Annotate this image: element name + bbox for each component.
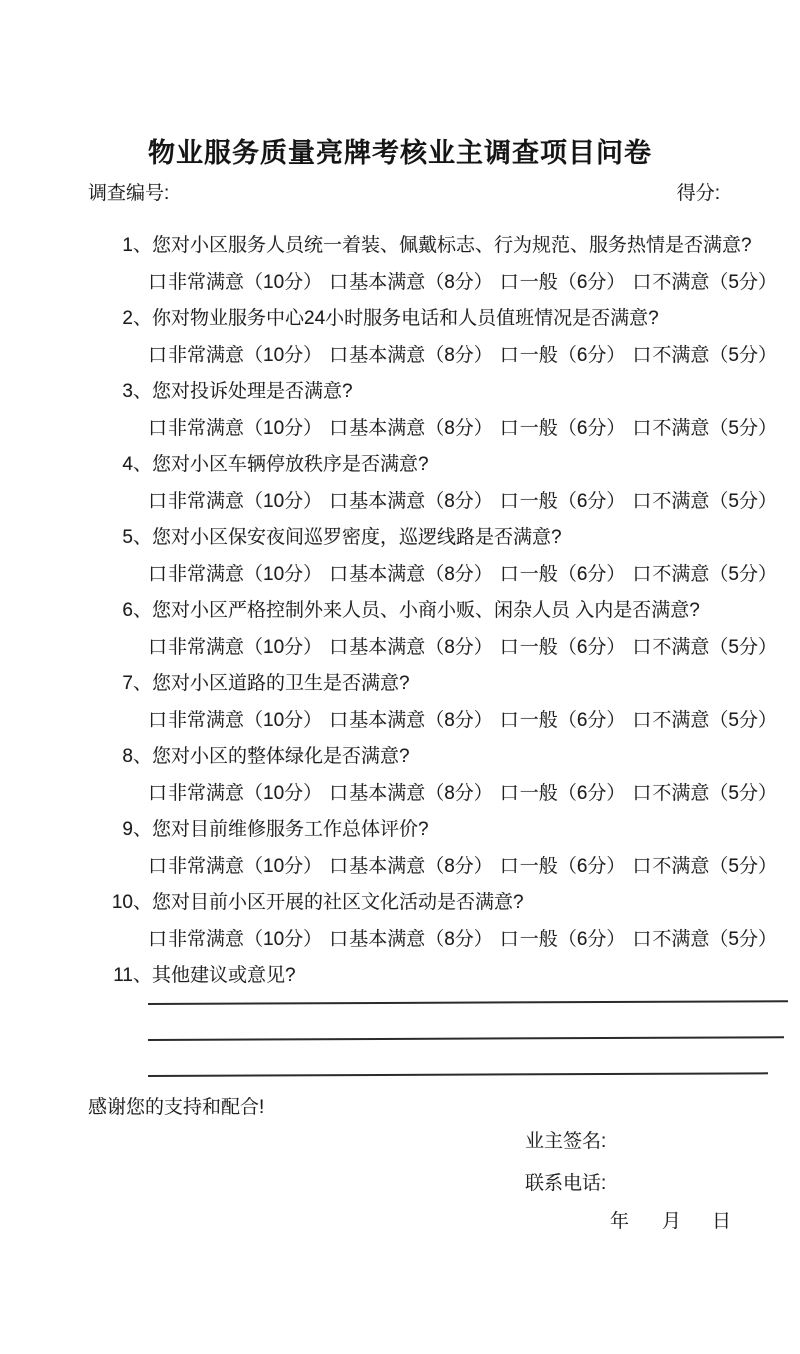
- option-score: （5分）: [709, 491, 777, 512]
- option-score: （6分）: [558, 856, 626, 877]
- checkbox-glyph: 口: [500, 710, 519, 731]
- checkbox-glyph: 口: [148, 418, 167, 439]
- option-label: 一般: [520, 637, 558, 658]
- option: 口基本满意（8分）: [329, 924, 493, 951]
- option: 口基本满意（8分）: [329, 851, 493, 878]
- option-label: 不满意: [652, 345, 709, 366]
- options-line: 口非常满意（10分）口基本满意（8分）口一般（6分）口不满意（5分）: [0, 700, 800, 736]
- question-text: 您对小区车辆停放秩序是否满意?: [152, 449, 429, 476]
- option: 口非常满意（10分）: [148, 413, 322, 440]
- checkbox-glyph: 口: [632, 418, 651, 439]
- option-label: 基本满意: [349, 856, 425, 877]
- option: 口不满意（5分）: [632, 267, 777, 294]
- option-label: 一般: [520, 710, 558, 731]
- option-score: （10分）: [244, 564, 322, 585]
- checkbox-glyph: 口: [500, 418, 519, 439]
- option-score: （10分）: [244, 345, 322, 366]
- options-line: 口非常满意（10分）口基本满意（8分）口一般（6分）口不满意（5分）: [0, 408, 800, 444]
- question-block: 1、 您对小区服务人员统一着装、佩戴标志、行为规范、服务热情是否满意? 口非常满…: [0, 225, 800, 298]
- options-line: 口非常满意（10分）口基本满意（8分）口一般（6分）口不满意（5分）: [0, 554, 800, 590]
- option-score: （6分）: [558, 345, 626, 366]
- question-block: 7、 您对小区道路的卫生是否满意? 口非常满意（10分）口基本满意（8分）口一般…: [0, 663, 800, 736]
- option: 口不满意（5分）: [632, 705, 777, 732]
- checkbox-glyph: 口: [632, 491, 651, 512]
- option-label: 基本满意: [349, 783, 425, 804]
- option: 口不满意（5分）: [632, 632, 777, 659]
- question-block: 5、 您对小区保安夜间巡罗密度，巡逻线路是否满意? 口非常满意（10分）口基本满…: [0, 517, 800, 590]
- option-score: （6分）: [558, 637, 626, 658]
- question-text: 您对小区保安夜间巡罗密度，巡逻线路是否满意?: [152, 522, 562, 549]
- question-number: 10、: [110, 887, 152, 914]
- checkbox-glyph: 口: [500, 929, 519, 950]
- option-label: 基本满意: [349, 418, 425, 439]
- question-text: 其他建议或意见?: [152, 960, 296, 987]
- option-score: （8分）: [425, 637, 493, 658]
- checkbox-glyph: 口: [632, 564, 651, 585]
- option-score: （6分）: [558, 564, 626, 585]
- option-label: 基本满意: [349, 637, 425, 658]
- option: 口基本满意（8分）: [329, 486, 493, 513]
- option-score: （6分）: [558, 783, 626, 804]
- option-label: 不满意: [652, 710, 709, 731]
- header-row: 调查编号: 得分:: [0, 169, 800, 205]
- question-text: 您对小区服务人员统一着装、佩戴标志、行为规范、服务热情是否满意?: [152, 230, 752, 257]
- option: 口一般（6分）: [500, 851, 626, 878]
- option-score: （8分）: [425, 564, 493, 585]
- document-title: 物业服务质量亮牌考核业主调查项目问卷: [0, 137, 800, 169]
- question-number: 9、: [110, 814, 152, 841]
- option-score: （6分）: [558, 272, 626, 293]
- option-label: 非常满意: [168, 929, 244, 950]
- option-score: （6分）: [558, 929, 626, 950]
- option-label: 一般: [520, 491, 558, 512]
- checkbox-glyph: 口: [632, 345, 651, 366]
- option-label: 不满意: [652, 856, 709, 877]
- option: 口非常满意（10分）: [148, 632, 322, 659]
- option: 口不满意（5分）: [632, 559, 777, 586]
- option-label: 非常满意: [168, 345, 244, 366]
- question-text: 您对目前小区开展的社区文化活动是否满意?: [152, 887, 524, 914]
- question-line: 7、 您对小区道路的卫生是否满意?: [0, 663, 800, 700]
- checkbox-glyph: 口: [148, 783, 167, 804]
- option-score: （8分）: [425, 856, 493, 877]
- question-block: 11、 其他建议或意见?: [0, 955, 800, 992]
- option-label: 一般: [520, 272, 558, 293]
- option-score: （5分）: [709, 272, 777, 293]
- option: 口不满意（5分）: [632, 486, 777, 513]
- owner-signature-label: 业主签名:: [0, 1131, 800, 1153]
- question-number: 2、: [110, 303, 152, 330]
- option-score: （5分）: [709, 710, 777, 731]
- option: 口一般（6分）: [500, 924, 626, 951]
- thanks-note: 感谢您的支持和配合!: [0, 1097, 800, 1119]
- option-score: （6分）: [558, 491, 626, 512]
- options-line: 口非常满意（10分）口基本满意（8分）口一般（6分）口不满意（5分）: [0, 846, 800, 882]
- options-line: 口非常满意（10分）口基本满意（8分）口一般（6分）口不满意（5分）: [0, 481, 800, 517]
- option: 口基本满意（8分）: [329, 632, 493, 659]
- option-label: 基本满意: [349, 929, 425, 950]
- option-label: 不满意: [652, 564, 709, 585]
- option: 口非常满意（10分）: [148, 267, 322, 294]
- checkbox-glyph: 口: [632, 783, 651, 804]
- checkbox-glyph: 口: [632, 929, 651, 950]
- option-score: （5分）: [709, 637, 777, 658]
- option: 口一般（6分）: [500, 340, 626, 367]
- option: 口一般（6分）: [500, 267, 626, 294]
- option-score: （8分）: [425, 710, 493, 731]
- option: 口非常满意（10分）: [148, 705, 322, 732]
- option: 口不满意（5分）: [632, 924, 777, 951]
- question-line: 1、 您对小区服务人员统一着装、佩戴标志、行为规范、服务热情是否满意?: [0, 225, 800, 262]
- checkbox-glyph: 口: [500, 564, 519, 585]
- question-line: 4、 您对小区车辆停放秩序是否满意?: [0, 444, 800, 481]
- question-text: 您对投诉处理是否满意?: [152, 376, 353, 403]
- option-score: （6分）: [558, 418, 626, 439]
- contact-phone-label: 联系电话:: [0, 1173, 800, 1195]
- checkbox-glyph: 口: [632, 856, 651, 877]
- question-number: 8、: [110, 741, 152, 768]
- checkbox-glyph: 口: [329, 345, 348, 366]
- option-label: 非常满意: [168, 491, 244, 512]
- option: 口基本满意（8分）: [329, 559, 493, 586]
- option-score: （10分）: [244, 710, 322, 731]
- option-label: 一般: [520, 564, 558, 585]
- question-number: 1、: [110, 230, 152, 257]
- options-line: 口非常满意（10分）口基本满意（8分）口一般（6分）口不满意（5分）: [0, 335, 800, 371]
- question-line: 3、 您对投诉处理是否满意?: [0, 371, 800, 408]
- option: 口基本满意（8分）: [329, 340, 493, 367]
- question-text: 您对小区严格控制外来人员、小商小贩、闲杂人员 入内是否满意?: [152, 595, 700, 622]
- option-score: （8分）: [425, 929, 493, 950]
- option-label: 非常满意: [168, 418, 244, 439]
- option: 口基本满意（8分）: [329, 778, 493, 805]
- option: 口一般（6分）: [500, 413, 626, 440]
- option-label: 不满意: [652, 491, 709, 512]
- option-label: 不满意: [652, 783, 709, 804]
- checkbox-glyph: 口: [329, 637, 348, 658]
- options-line: 口非常满意（10分）口基本满意（8分）口一般（6分）口不满意（5分）: [0, 773, 800, 809]
- option-score: （10分）: [244, 783, 322, 804]
- option: 口非常满意（10分）: [148, 340, 322, 367]
- option: 口一般（6分）: [500, 559, 626, 586]
- checkbox-glyph: 口: [148, 272, 167, 293]
- option: 口不满意（5分）: [632, 851, 777, 878]
- option: 口基本满意（8分）: [329, 267, 493, 294]
- date-label: 月: [662, 1211, 681, 1233]
- checkbox-glyph: 口: [148, 491, 167, 512]
- question-number: 3、: [110, 376, 152, 403]
- option-label: 不满意: [652, 272, 709, 293]
- option-score: （10分）: [244, 929, 322, 950]
- score-label: 得分:: [677, 183, 720, 205]
- option: 口非常满意（10分）: [148, 851, 322, 878]
- checkbox-glyph: 口: [329, 783, 348, 804]
- answer-lines: [0, 992, 800, 1077]
- checkbox-glyph: 口: [500, 637, 519, 658]
- question-number: 5、: [110, 522, 152, 549]
- question-line: 11、 其他建议或意见?: [0, 955, 800, 992]
- option-label: 一般: [520, 418, 558, 439]
- signature-block: 业主签名: 联系电话: 年月日: [0, 1131, 800, 1233]
- question-text: 你对物业服务中心24小时服务电话和人员值班情况是否满意?: [152, 303, 659, 330]
- checkbox-glyph: 口: [329, 272, 348, 293]
- options-line: 口非常满意（10分）口基本满意（8分）口一般（6分）口不满意（5分）: [0, 262, 800, 298]
- date-line: 年月日: [0, 1211, 800, 1233]
- date-label: 年: [610, 1211, 629, 1233]
- checkbox-glyph: 口: [148, 564, 167, 585]
- checkbox-glyph: 口: [148, 710, 167, 731]
- option-label: 不满意: [652, 637, 709, 658]
- option: 口非常满意（10分）: [148, 559, 322, 586]
- checkbox-glyph: 口: [329, 418, 348, 439]
- question-block: 3、 您对投诉处理是否满意? 口非常满意（10分）口基本满意（8分）口一般（6分…: [0, 371, 800, 444]
- option-score: （10分）: [244, 272, 322, 293]
- checkbox-glyph: 口: [500, 856, 519, 877]
- question-block: 9、 您对目前维修服务工作总体评价? 口非常满意（10分）口基本满意（8分）口一…: [0, 809, 800, 882]
- option-score: （10分）: [244, 491, 322, 512]
- option-label: 一般: [520, 345, 558, 366]
- question-list: 1、 您对小区服务人员统一着装、佩戴标志、行为规范、服务热情是否满意? 口非常满…: [0, 225, 800, 992]
- question-number: 11、: [110, 960, 152, 987]
- checkbox-glyph: 口: [500, 783, 519, 804]
- scanned-questionnaire-page: 物业服务质量亮牌考核业主调查项目问卷 调查编号: 得分: 1、 您对小区服务人员…: [0, 0, 800, 1354]
- checkbox-glyph: 口: [500, 491, 519, 512]
- option-label: 基本满意: [349, 272, 425, 293]
- question-block: 6、 您对小区严格控制外来人员、小商小贩、闲杂人员 入内是否满意? 口非常满意（…: [0, 590, 800, 663]
- answer-line: [148, 1038, 768, 1077]
- question-number: 4、: [110, 449, 152, 476]
- options-line: 口非常满意（10分）口基本满意（8分）口一般（6分）口不满意（5分）: [0, 919, 800, 955]
- option-label: 非常满意: [168, 637, 244, 658]
- option-score: （5分）: [709, 929, 777, 950]
- option: 口基本满意（8分）: [329, 413, 493, 440]
- option: 口一般（6分）: [500, 632, 626, 659]
- option-score: （8分）: [425, 272, 493, 293]
- checkbox-glyph: 口: [500, 272, 519, 293]
- checkbox-glyph: 口: [148, 637, 167, 658]
- checkbox-glyph: 口: [329, 710, 348, 731]
- option-label: 基本满意: [349, 345, 425, 366]
- checkbox-glyph: 口: [329, 491, 348, 512]
- option-label: 不满意: [652, 418, 709, 439]
- question-line: 8、 您对小区的整体绿化是否满意?: [0, 736, 800, 773]
- checkbox-glyph: 口: [632, 710, 651, 731]
- option: 口一般（6分）: [500, 778, 626, 805]
- option: 口不满意（5分）: [632, 778, 777, 805]
- date-label: 日: [712, 1211, 731, 1233]
- option-label: 基本满意: [349, 564, 425, 585]
- survey-number-label: 调查编号:: [88, 183, 169, 205]
- question-line: 2、 你对物业服务中心24小时服务电话和人员值班情况是否满意?: [0, 298, 800, 335]
- question-text: 您对目前维修服务工作总体评价?: [152, 814, 429, 841]
- question-line: 5、 您对小区保安夜间巡罗密度，巡逻线路是否满意?: [0, 517, 800, 554]
- options-line: 口非常满意（10分）口基本满意（8分）口一般（6分）口不满意（5分）: [0, 627, 800, 663]
- answer-line: [148, 1002, 784, 1041]
- option-score: （5分）: [709, 418, 777, 439]
- option: 口不满意（5分）: [632, 413, 777, 440]
- checkbox-glyph: 口: [148, 856, 167, 877]
- question-line: 9、 您对目前维修服务工作总体评价?: [0, 809, 800, 846]
- option-score: （8分）: [425, 783, 493, 804]
- question-block: 10、 您对目前小区开展的社区文化活动是否满意? 口非常满意（10分）口基本满意…: [0, 882, 800, 955]
- checkbox-glyph: 口: [329, 856, 348, 877]
- question-block: 4、 您对小区车辆停放秩序是否满意? 口非常满意（10分）口基本满意（8分）口一…: [0, 444, 800, 517]
- option: 口一般（6分）: [500, 705, 626, 732]
- option-score: （10分）: [244, 418, 322, 439]
- option-label: 非常满意: [168, 783, 244, 804]
- question-block: 2、 你对物业服务中心24小时服务电话和人员值班情况是否满意? 口非常满意（10…: [0, 298, 800, 371]
- option: 口基本满意（8分）: [329, 705, 493, 732]
- checkbox-glyph: 口: [632, 637, 651, 658]
- checkbox-glyph: 口: [329, 564, 348, 585]
- option: 口非常满意（10分）: [148, 778, 322, 805]
- option-score: （10分）: [244, 856, 322, 877]
- question-line: 10、 您对目前小区开展的社区文化活动是否满意?: [0, 882, 800, 919]
- option-label: 基本满意: [349, 710, 425, 731]
- checkbox-glyph: 口: [148, 345, 167, 366]
- checkbox-glyph: 口: [632, 272, 651, 293]
- option-label: 不满意: [652, 929, 709, 950]
- option-label: 一般: [520, 856, 558, 877]
- option-score: （5分）: [709, 345, 777, 366]
- option: 口非常满意（10分）: [148, 924, 322, 951]
- option-score: （8分）: [425, 418, 493, 439]
- option-label: 非常满意: [168, 564, 244, 585]
- checkbox-glyph: 口: [148, 929, 167, 950]
- option-score: （5分）: [709, 564, 777, 585]
- checkbox-glyph: 口: [329, 929, 348, 950]
- question-line: 6、 您对小区严格控制外来人员、小商小贩、闲杂人员 入内是否满意?: [0, 590, 800, 627]
- question-text: 您对小区道路的卫生是否满意?: [152, 668, 410, 695]
- option-score: （8分）: [425, 491, 493, 512]
- option-score: （5分）: [709, 856, 777, 877]
- option-score: （5分）: [709, 783, 777, 804]
- option-score: （10分）: [244, 637, 322, 658]
- option-label: 一般: [520, 783, 558, 804]
- question-number: 6、: [110, 595, 152, 622]
- question-number: 7、: [110, 668, 152, 695]
- checkbox-glyph: 口: [500, 345, 519, 366]
- option-score: （8分）: [425, 345, 493, 366]
- option-label: 非常满意: [168, 272, 244, 293]
- option: 口一般（6分）: [500, 486, 626, 513]
- option-label: 非常满意: [168, 856, 244, 877]
- question-block: 8、 您对小区的整体绿化是否满意? 口非常满意（10分）口基本满意（8分）口一般…: [0, 736, 800, 809]
- question-text: 您对小区的整体绿化是否满意?: [152, 741, 410, 768]
- option-label: 基本满意: [349, 491, 425, 512]
- option-label: 非常满意: [168, 710, 244, 731]
- option: 口非常满意（10分）: [148, 486, 322, 513]
- option-score: （6分）: [558, 710, 626, 731]
- option: 口不满意（5分）: [632, 340, 777, 367]
- option-label: 一般: [520, 929, 558, 950]
